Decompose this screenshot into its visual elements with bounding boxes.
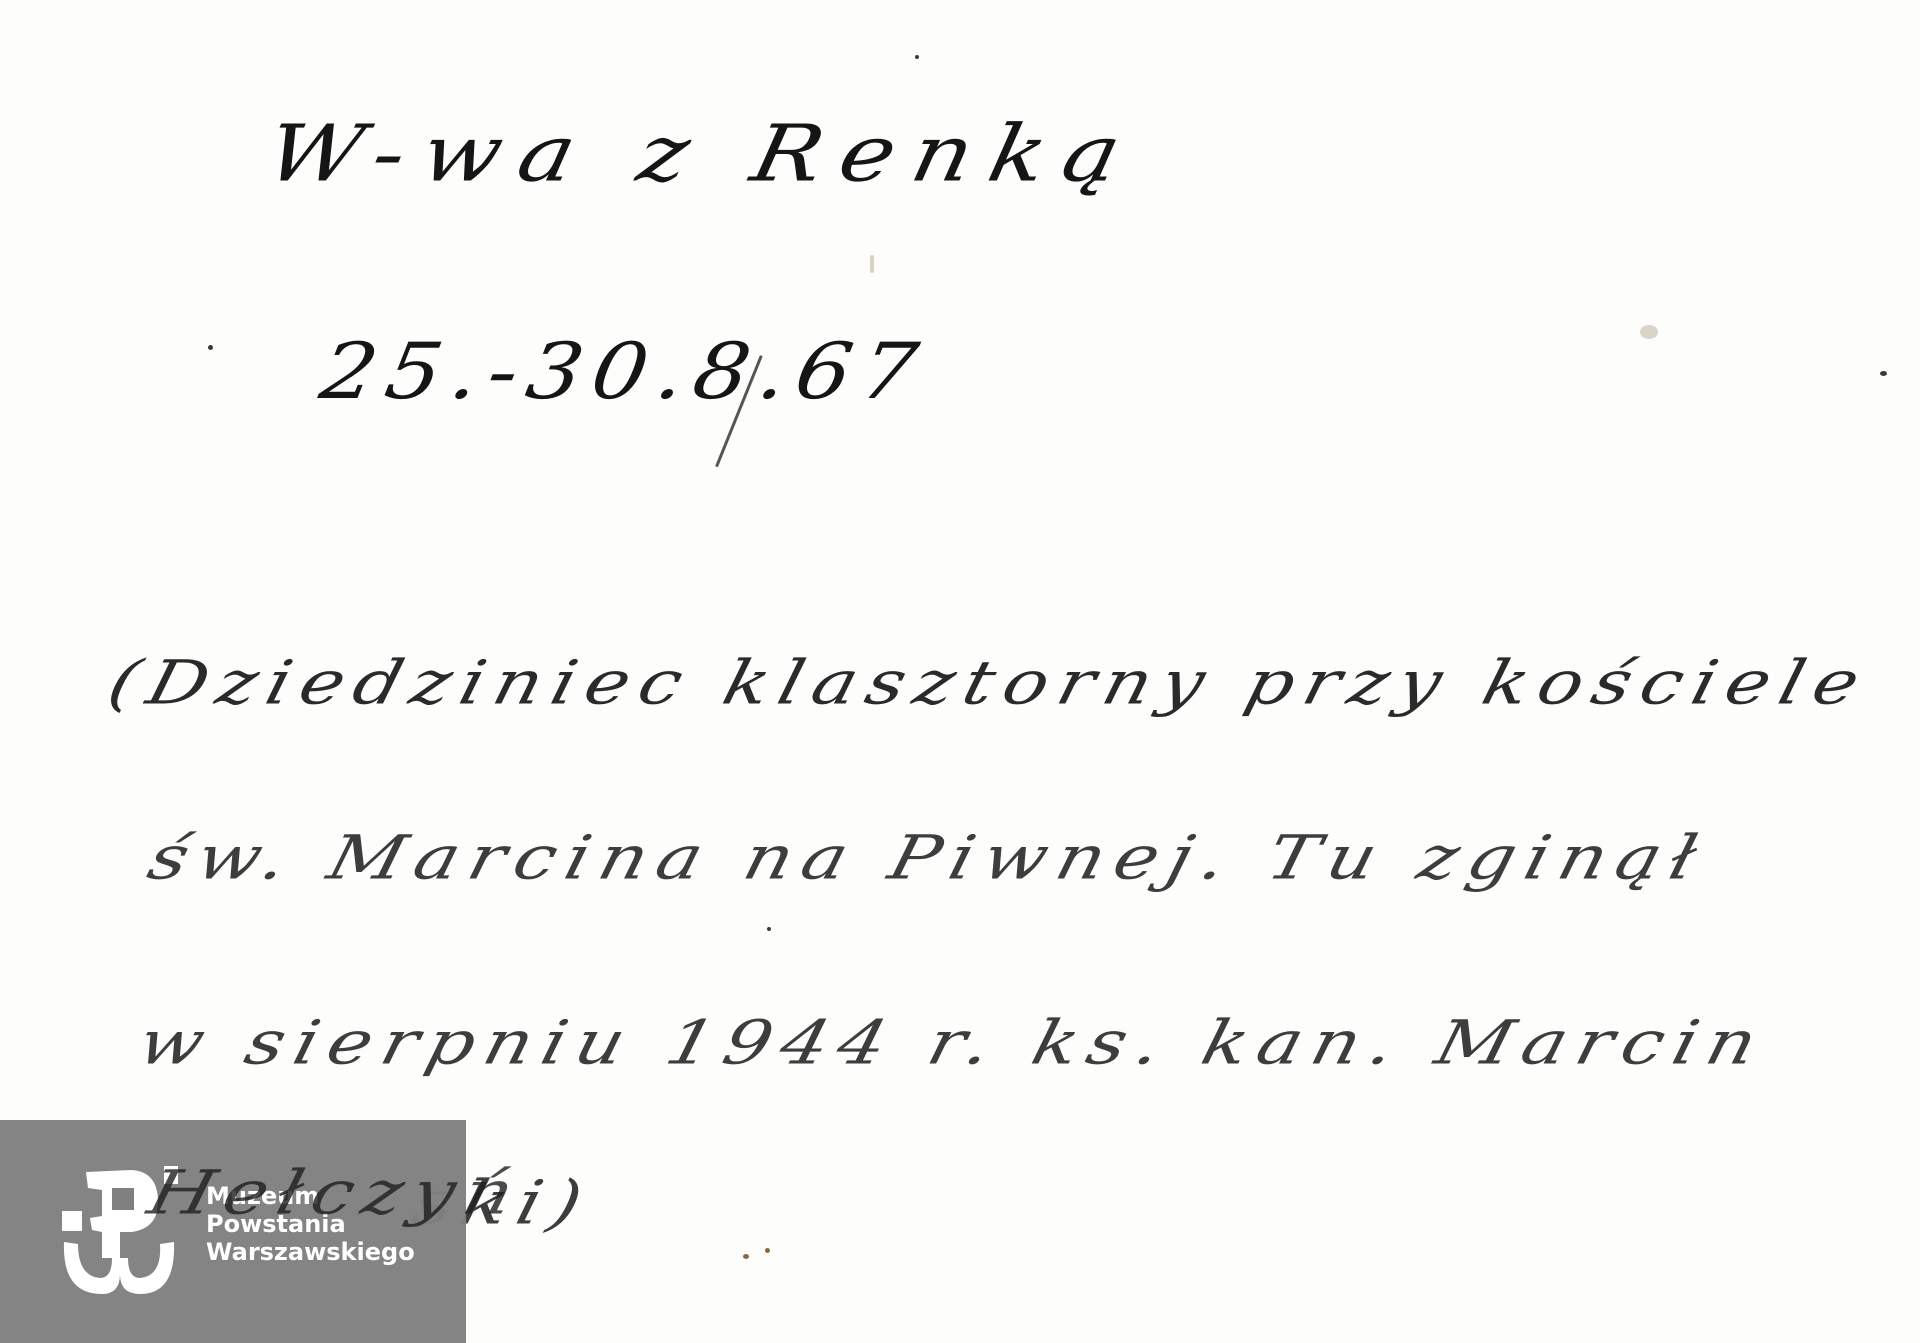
note-date-line: 25.-30.8.67 — [314, 327, 934, 417]
ink-speck — [208, 345, 213, 350]
museum-name-line-3: Warszawskiego — [206, 1238, 415, 1266]
museum-name-line-1: Muzeum — [206, 1182, 415, 1210]
ink-speck — [767, 927, 771, 931]
paragraph-line-3: w sierpniu 1944 r. ks. kan. Marcin — [131, 1008, 1774, 1079]
paragraph-line-1: (Dziedziniec klasztorny przy kościele — [101, 648, 1876, 719]
museum-name-line-2: Powstania — [206, 1210, 415, 1238]
dust-speck — [1640, 325, 1658, 339]
kotwica-anchor-logo-icon — [62, 1166, 178, 1296]
ink-speck — [915, 55, 919, 59]
ink-speck — [1880, 371, 1887, 376]
ink-speck — [743, 1254, 749, 1259]
note-title-line: W-wa z Renką — [258, 108, 1146, 199]
document-page: W-wa z Renką 25.-30.8.67 (Dziedziniec kl… — [0, 0, 1920, 1343]
dust-speck — [870, 255, 874, 273]
museum-name: Muzeum Powstania Warszawskiego — [206, 1182, 415, 1266]
ink-speck — [765, 1248, 770, 1253]
paragraph-line-2: św. Marcina na Piwnej. Tu zginął — [141, 823, 1714, 894]
museum-watermark: Muzeum Powstania Warszawskiego — [0, 1120, 466, 1343]
